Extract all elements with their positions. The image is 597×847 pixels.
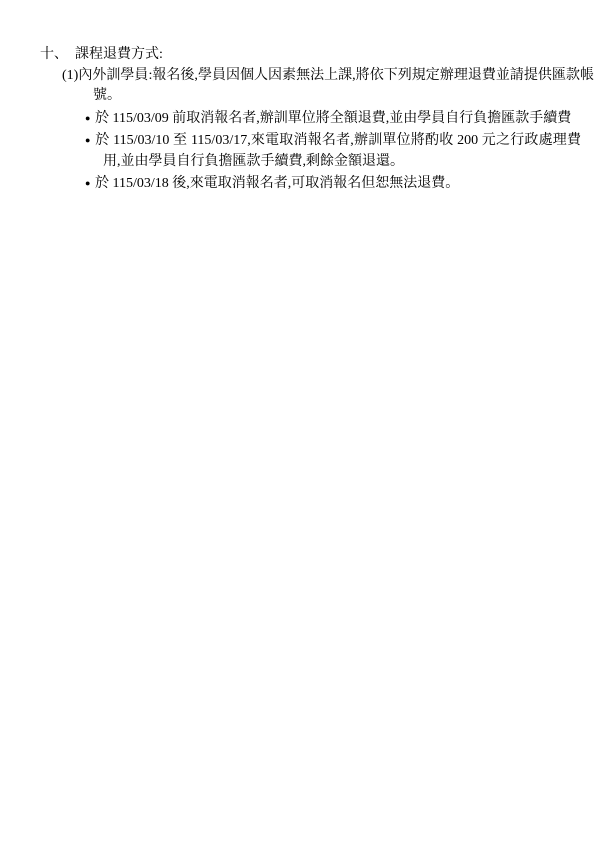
bullet-icon: ●: [85, 130, 95, 151]
refund-policy-section: 十、課程退費方式: (1)內外訓學員:報名後,學員因個人因素無法上課,將依下列規…: [40, 45, 564, 195]
document-page: 十、課程退費方式: (1)內外訓學員:報名後,學員因個人因素無法上課,將依下列規…: [0, 0, 597, 847]
bullet-item: ●於 115/03/09 前取消報名者,辦訓單位將全額退費,並由學員自行負擔匯款…: [85, 108, 581, 130]
section-number: 十、: [40, 45, 75, 66]
bullet-icon: ●: [85, 173, 95, 194]
bullet-text: 於 115/03/10 至 115/03/17,來電取消報名者,辦訓單位將酌收 …: [95, 133, 581, 169]
bullet-text: 於 115/03/18 後,來電取消報名者,可取消報名但恕無法退費。: [95, 176, 459, 191]
section-heading: 十、課程退費方式:: [40, 45, 564, 66]
bullet-icon: ●: [85, 108, 95, 129]
bullet-text: 於 115/03/09 前取消報名者,辦訓單位將全額退費,並由學員自行負擔匯款手…: [95, 111, 571, 126]
refund-item: (1)內外訓學員:報名後,學員因個人因素無法上課,將依下列規定辦理退費並請提供匯…: [62, 66, 594, 107]
section-title: 課程退費方式:: [75, 47, 163, 62]
item-label: (1): [62, 68, 78, 83]
bullet-item: ●於 115/03/18 後,來電取消報名者,可取消報名但恕無法退費。: [85, 173, 581, 195]
bullet-item: ●於 115/03/10 至 115/03/17,來電取消報名者,辦訓單位將酌收…: [85, 130, 581, 172]
item-text: 內外訓學員:報名後,學員因個人因素無法上課,將依下列規定辦理退費並請提供匯款帳號…: [78, 68, 594, 104]
bullet-list: ●於 115/03/09 前取消報名者,辦訓單位將全額退費,並由學員自行負擔匯款…: [40, 108, 564, 195]
